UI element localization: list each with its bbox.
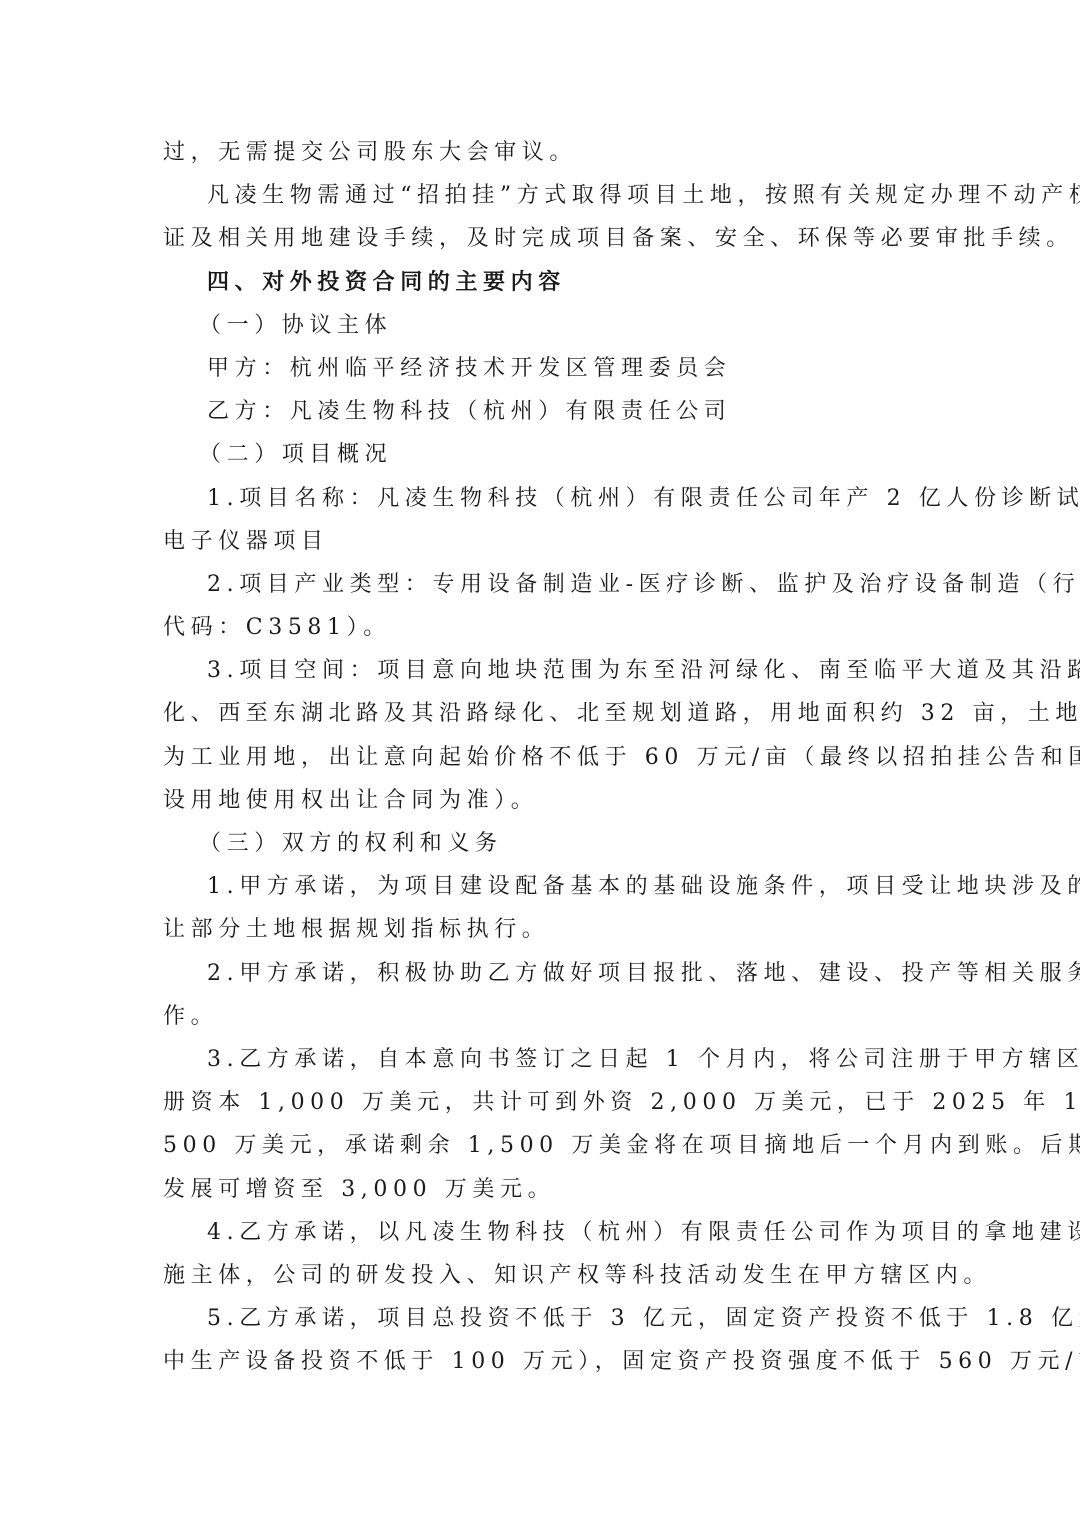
item-project-space: 3.项目空间：项目意向地块范围为东至沿河绿化、南至临平大道及其沿路绿 bbox=[163, 649, 919, 692]
document-page: 过，无需提交公司股东大会审议。 凡凌生物需通过“招拍挂”方式取得项目土地，按照有… bbox=[163, 131, 919, 1383]
text-line-continuation: 代码：C3581）。 bbox=[163, 606, 919, 649]
party-a: 甲方：杭州临平经济技术开发区管理委员会 bbox=[163, 347, 919, 390]
item-party-a-commitment-1: 1.甲方承诺，为项目建设配备基本的基础设施条件，项目受让地块涉及的退 bbox=[163, 865, 919, 908]
text-line-continuation: 作。 bbox=[163, 995, 919, 1038]
text-line-continuation: 设用地使用权出让合同为准）。 bbox=[163, 779, 919, 822]
item-industry-type: 2.项目产业类型：专用设备制造业-医疗诊断、监护及治疗设备制造（行业 bbox=[163, 563, 919, 606]
text-line-continuation: 电子仪器项目 bbox=[163, 520, 919, 563]
text-line-continuation: 中生产设备投资不低于 100 万元），固定资产投资强度不低于 560 万元/亩。 bbox=[163, 1340, 919, 1383]
text-line-continuation: 册资本 1,000 万美元，共计可到外资 2,000 万美元，已于 2025 年… bbox=[163, 1081, 919, 1124]
paragraph-land-acquisition: 凡凌生物需通过“招拍挂”方式取得项目土地，按照有关规定办理不动产权 bbox=[163, 174, 919, 217]
section-heading-contract-content: 四、对外投资合同的主要内容 bbox=[163, 261, 919, 304]
subsection-heading-project-overview: （二）项目概况 bbox=[163, 433, 919, 476]
text-line-continuation: 500 万美元，承诺剩余 1,500 万美金将在项目摘地后一个月内到账。后期视企… bbox=[163, 1124, 919, 1167]
item-party-b-commitment-4: 4.乙方承诺，以凡凌生物科技（杭州）有限责任公司作为项目的拿地建设实 bbox=[163, 1211, 919, 1254]
text-line-continuation: 化、西至东湖北路及其沿路绿化、北至规划道路，用地面积约 32 亩，土地性质 bbox=[163, 692, 919, 735]
text-line-continuation: 为工业用地，出让意向起始价格不低于 60 万元/亩（最终以招拍挂公告和国有建 bbox=[163, 736, 919, 779]
party-b: 乙方：凡凌生物科技（杭州）有限责任公司 bbox=[163, 390, 919, 433]
text-line-continuation: 证及相关用地建设手续，及时完成项目备案、安全、环保等必要审批手续。 bbox=[163, 217, 919, 260]
item-party-b-commitment-3: 3.乙方承诺，自本意向书签订之日起 1 个月内，将公司注册于甲方辖区，注 bbox=[163, 1038, 919, 1081]
subsection-heading-rights-obligations: （三）双方的权利和义务 bbox=[163, 822, 919, 865]
item-party-b-commitment-5: 5.乙方承诺，项目总投资不低于 3 亿元，固定资产投资不低于 1.8 亿元（其 bbox=[163, 1297, 919, 1340]
text-line-continuation: 发展可增资至 3,000 万美元。 bbox=[163, 1168, 919, 1211]
text-line-continuation: 过，无需提交公司股东大会审议。 bbox=[163, 131, 919, 174]
item-party-a-commitment-2: 2.甲方承诺，积极协助乙方做好项目报批、落地、建设、投产等相关服务工 bbox=[163, 952, 919, 995]
text-line-continuation: 让部分土地根据规划指标执行。 bbox=[163, 908, 919, 951]
subsection-heading-parties: （一）协议主体 bbox=[163, 304, 919, 347]
text-line-continuation: 施主体，公司的研发投入、知识产权等科技活动发生在甲方辖区内。 bbox=[163, 1254, 919, 1297]
item-project-name: 1.项目名称：凡凌生物科技（杭州）有限责任公司年产 2 亿人份诊断试剂及 bbox=[163, 477, 919, 520]
